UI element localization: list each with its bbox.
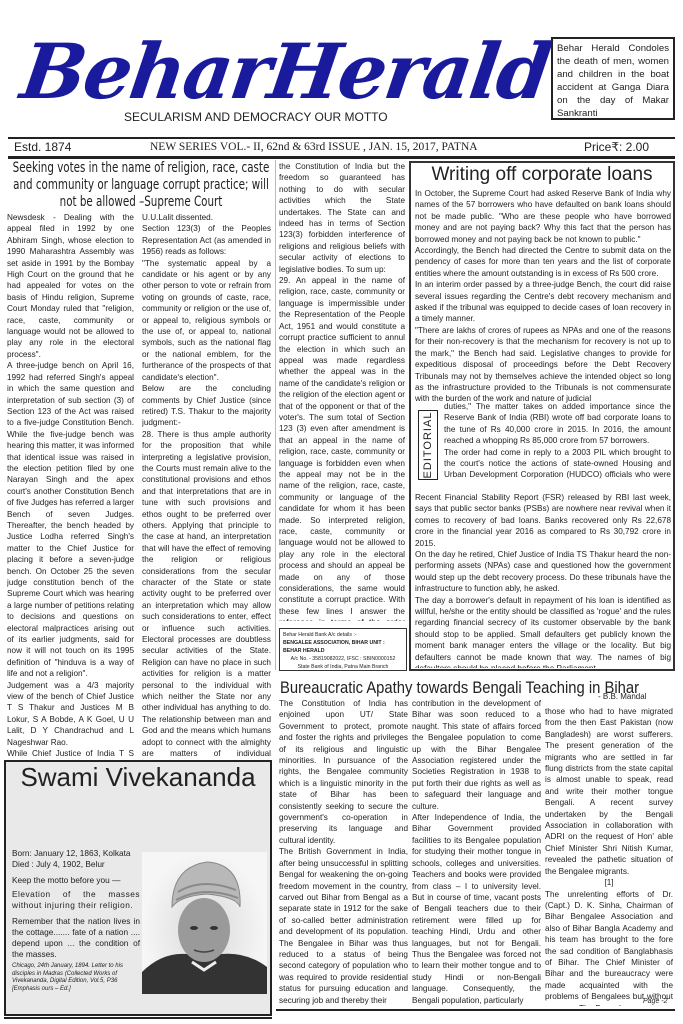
quote-intro: Keep the motto before you —	[12, 875, 140, 886]
paragraph: Newsdesk - Dealing with the appeal filed…	[7, 212, 134, 360]
paragraph: "The systematic appeal by a candidate or…	[142, 258, 271, 383]
issue-line: NEW SERIES VOL.- II, 62nd & 63rd ISSUE ,…	[150, 141, 478, 153]
paragraph: Judgement was a 4/3 majority view of the…	[7, 680, 134, 748]
lead-column-3: the Constitution of India but the freedo…	[279, 161, 405, 621]
bank-details-box: Behar Herald Bank A/c details :- BENGALE…	[279, 628, 407, 671]
lead-column-1: Newsdesk - Dealing with the appeal filed…	[7, 212, 134, 757]
paragraph: On the day he retired, Chief Justice of …	[415, 549, 671, 595]
bengali-column-3: those who had to have migrated from the …	[545, 706, 673, 1006]
bengali-column-2: contribution in the development of Bihar…	[412, 698, 541, 1008]
bengali-headline: Bureaucratic Apathy towards Bengali Teac…	[280, 678, 639, 698]
death-date: Died : July 4, 1902, Belur	[12, 859, 140, 870]
page-number: Page -2	[643, 998, 668, 1005]
quote: Elevation of the masses without injuring…	[12, 889, 140, 911]
bank-branch: State Bank of India, Patna Main Branch	[283, 663, 403, 671]
paragraph: 28. There is thus ample authority for th…	[142, 429, 271, 757]
paragraph: U.U.Lalit dissented.	[142, 212, 271, 223]
paragraph: In an interim order passed by a three-ju…	[415, 279, 671, 325]
editorial-label: EDITORIAL	[418, 410, 438, 480]
paragraph: Below are the concluding comments by Chi…	[142, 383, 271, 429]
paragraph: Recent Financial Stability Report (FSR) …	[415, 492, 671, 549]
paragraph: Accordingly, the Bench had directed the …	[415, 245, 671, 279]
paragraph: A three-judge bench on April 16, 1992 ha…	[7, 360, 134, 679]
divider	[276, 1009, 675, 1011]
lead-headline: Seeking votes in the name of religion, r…	[6, 160, 277, 211]
paragraph: While Chief Justice of India T S Thakur,…	[7, 748, 134, 757]
editorial-body-wrap: duties," The matter takes on added impor…	[444, 401, 671, 481]
editorial-title: Writing off corporate loans	[409, 164, 675, 186]
paragraph: "There are lakhs of crores of rupees as …	[415, 325, 671, 403]
bank-title: Behar Herald Bank A/c details :-	[283, 631, 403, 639]
established-year: Estd. 1874	[14, 140, 71, 154]
quote: Remember that the nation lives in the co…	[12, 916, 140, 960]
paragraph: Section 123(3) of the Peoples Representa…	[142, 223, 271, 257]
paragraph: The unrelenting efforts of Dr.(Capt.) D.…	[545, 889, 673, 1007]
portrait-photo	[142, 852, 267, 994]
column-divider	[275, 160, 276, 670]
divider	[4, 1017, 272, 1019]
vivekananda-title: Swami Vivekananda	[6, 762, 270, 793]
paragraph: contribution in the development of Bihar…	[412, 698, 541, 812]
paragraph: the Constitution of India but the freedo…	[279, 161, 405, 275]
quote-source: Chicago, 24th January, 1894. Letter to h…	[12, 963, 140, 993]
born-date: Born: January 12, 1863, Kolkata	[12, 848, 140, 859]
editorial-label-text: EDITORIAL	[422, 412, 434, 479]
condolence-box: Behar Herald Condoles the death of men, …	[551, 37, 675, 120]
paragraph: 29. An appeal in the name of religion, r…	[279, 275, 405, 621]
editorial-body-top: In October, the Supreme Court had asked …	[415, 188, 671, 403]
portrait-icon	[142, 852, 267, 994]
motto: SECULARISM AND DEMOCRACY OUR MOTTO	[124, 110, 388, 124]
vivekananda-text: Born: January 12, 1863, Kolkata Died : J…	[12, 848, 140, 993]
divider	[8, 137, 675, 139]
byline: - B.B. Mandal	[598, 692, 646, 701]
paragraph: The order had come in reply to a 2003 PI…	[444, 447, 671, 481]
paragraph: The day a borrower's default in repaymen…	[415, 595, 671, 668]
paragraph: duties," The matter takes on added impor…	[444, 401, 671, 447]
price: Price₹: 2.00	[584, 140, 649, 154]
paragraph: In October, the Supreme Court had asked …	[415, 188, 671, 245]
footnote-marker: [1]	[545, 877, 673, 888]
lead-column-2: U.U.Lalit dissented. Section 123(3) of t…	[142, 212, 271, 757]
bank-account-number: A/c No. - 35819082022, IFSC : SBIN000015…	[283, 655, 403, 663]
bank-account-name: BENGALEE ASSOCIATION, BIHAR UNIT : BEHAR…	[283, 639, 403, 655]
editorial-body-bottom: Recent Financial Stability Report (FSR) …	[415, 492, 671, 668]
paragraph: those who had to have migrated from the …	[545, 706, 673, 877]
bengali-column-1: The Constitution of India has enjoined u…	[279, 698, 408, 1008]
paragraph: The Constitution of India has enjoined u…	[279, 698, 408, 846]
divider	[8, 156, 675, 159]
masthead-logo: BeharHerald	[16, 28, 428, 116]
paragraph: The British Government in India, after b…	[279, 846, 408, 1006]
paragraph: After Independence of India, the Bihar G…	[412, 812, 541, 1006]
